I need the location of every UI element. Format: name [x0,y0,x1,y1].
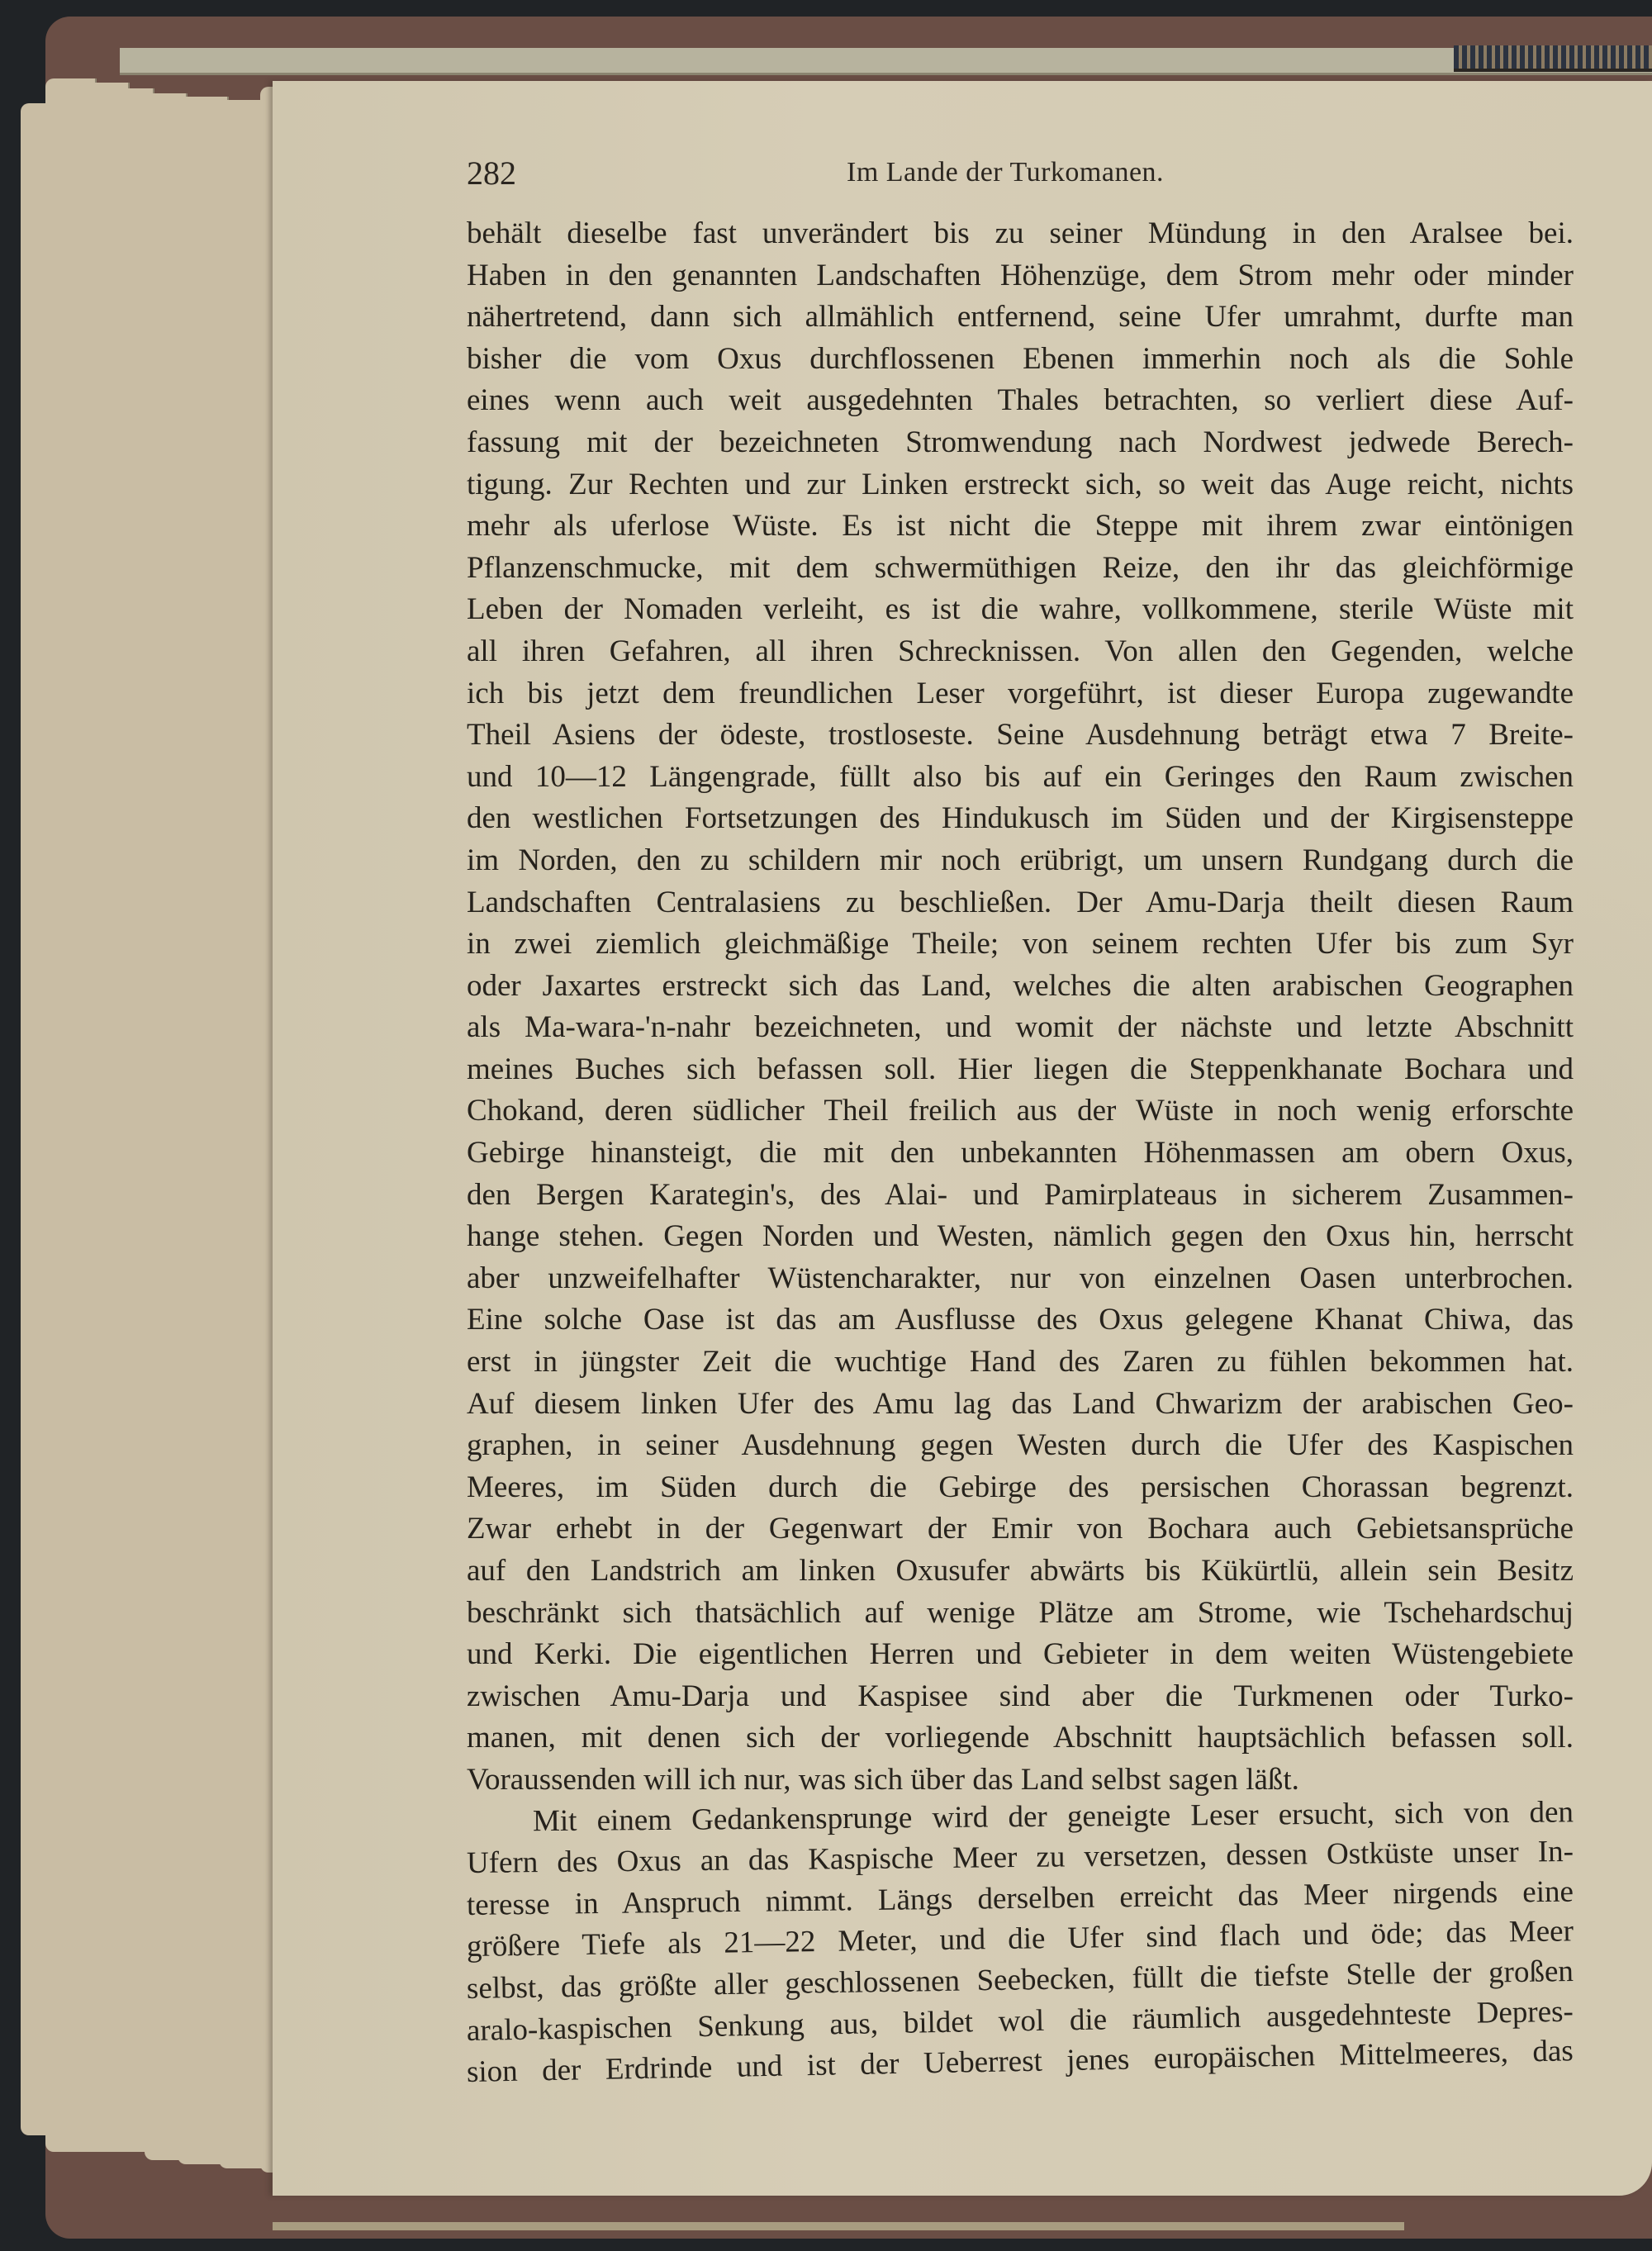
text-line: Zwar erhebt in der Gegenwart der Emir vo… [467,1508,1574,1551]
text-line: im Norden, den zu schildern mir noch erü… [467,840,1574,882]
page-number: 282 [467,154,516,192]
text-line: beschränkt sich thatsächlich auf wenige … [467,1593,1574,1635]
running-head-title: Im Lande der Turkomanen. [847,157,1164,188]
text-line: und 10—12 Längengrade, füllt also bis au… [467,757,1574,799]
text-line: erst in jüngster Zeit die wuchtige Hand … [467,1342,1574,1384]
text-line: in zwei ziemlich gleichmäßige Theile; vo… [467,924,1574,966]
running-head: 282 Im Lande der Turkomanen. [467,154,1540,203]
text-line: und Kerki. Die eigentlichen Herren und G… [467,1634,1574,1676]
text-line: Leben der Nomaden verleiht, es ist die w… [467,589,1574,631]
text-line: den Bergen Karategin's, des Alai- und Pa… [467,1175,1574,1217]
text-line: aber unzweifelhafter Wüstencharakter, nu… [467,1258,1574,1300]
text-line: manen, mit denen sich der vorliegende Ab… [467,1717,1574,1759]
text-line: Auf diesem linken Ufer des Amu lag das L… [467,1384,1574,1426]
text-line: den westlichen Fortsetzungen des Hinduku… [467,798,1574,840]
text-line: Eine solche Oase ist das am Ausflusse de… [467,1299,1574,1342]
text-line: all ihren Gefahren, all ihren Schrecknis… [467,631,1574,673]
text-line: hange stehen. Gegen Norden und Westen, n… [467,1216,1574,1258]
text-line: Gebirge hinansteigt, die mit den unbekan… [467,1133,1574,1175]
text-line: mehr als uferlose Wüste. Es ist nicht di… [467,506,1574,548]
page-block-top-edge [120,48,1652,75]
text-line: Theil Asiens der ödeste, trostloseste. S… [467,715,1574,757]
text-line: oder Jaxartes erstreckt sich das Land, w… [467,966,1574,1008]
page-bottom-edge [273,2222,1404,2230]
book-photo: 282 Im Lande der Turkomanen. behält dies… [0,0,1652,2251]
text-line: Meeres, im Süden durch die Gebirge des p… [467,1467,1574,1509]
page-edges-stack [21,78,285,2152]
text-line: als Ma-wara-'n-nahr bezeichneten, und wo… [467,1007,1574,1049]
text-line: fassung mit der bezeichneten Stromwendun… [467,422,1574,464]
text-line: ich bis jetzt dem freundlichen Leser vor… [467,673,1574,715]
text-line: Haben in den genannten Landschaften Höhe… [467,255,1574,297]
text-line: Pflanzenschmucke, mit dem schwermüthigen… [467,548,1574,590]
text-line: Chokand, deren südlicher Theil freilich … [467,1090,1574,1133]
text-line: bisher die vom Oxus durchflossenen Ebene… [467,339,1574,381]
text-line: tigung. Zur Rechten und zur Linken erstr… [467,464,1574,506]
text-line: eines wenn auch weit ausgedehnten Thales… [467,380,1574,422]
text-line: behält dieselbe fast unverändert bis zu … [467,213,1574,255]
text-line: Landschaften Centralasiens zu beschließe… [467,882,1574,924]
text-line: nähertretend, dann sich allmählich entfe… [467,297,1574,339]
headband [1454,45,1652,72]
text-line: graphen, in seiner Ausdehnung gegen West… [467,1425,1574,1467]
body-text: behält dieselbe fast unverändert bis zu … [467,213,1574,2094]
text-line: meines Buches sich befassen soll. Hier l… [467,1049,1574,1091]
text-line: zwischen Amu-Darja und Kaspisee sind abe… [467,1676,1574,1718]
text-line: auf den Landstrich am linken Oxusufer ab… [467,1551,1574,1593]
